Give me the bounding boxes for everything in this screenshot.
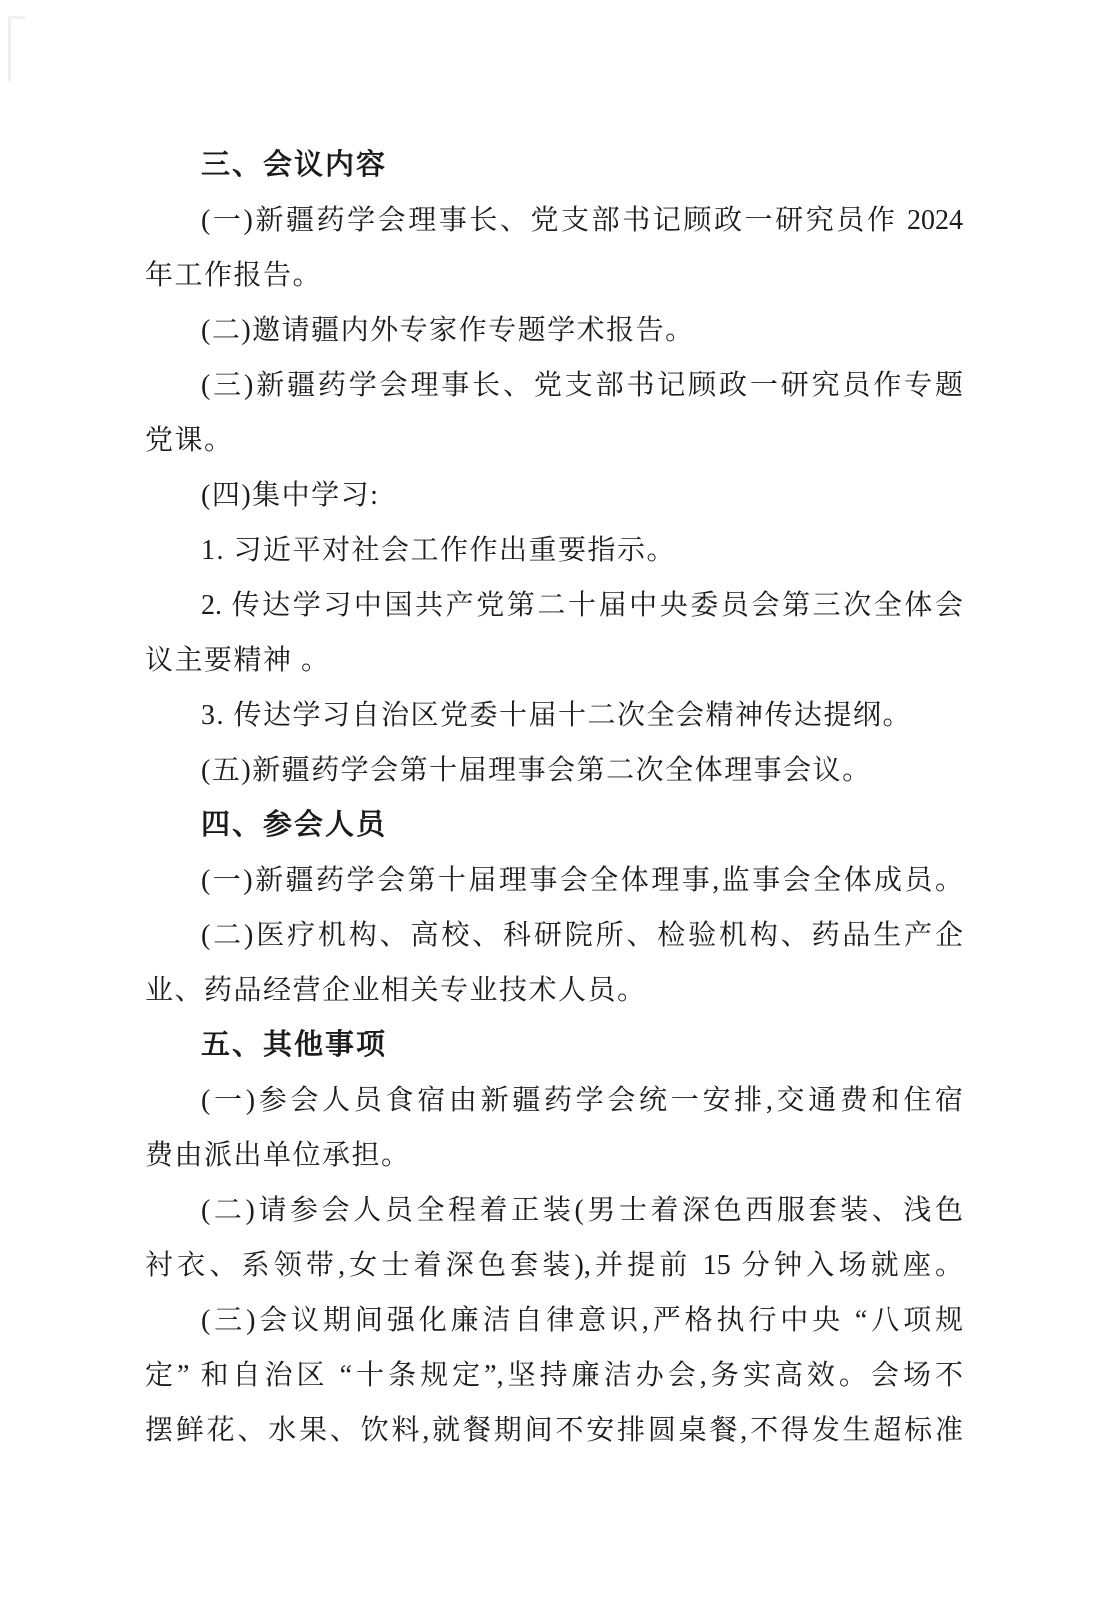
paragraph-line: (二)邀请疆内外专家作专题学术报告。 [145, 303, 963, 358]
scan-artifact [8, 16, 25, 81]
paragraph-line: (一)参会人员食宿由新疆药学会统一安排,交通费和住宿 [145, 1073, 963, 1128]
paragraph-line: 定” 和自治区 “十条规定”,坚持廉洁办会,务实高效。会场不 [145, 1348, 963, 1403]
paragraph-line: (五)新疆药学会第十届理事会第二次全体理事会议。 [145, 743, 963, 798]
section-heading: 五、其他事项 [145, 1018, 963, 1073]
paragraph-line: 费由派出单位承担。 [145, 1128, 963, 1183]
paragraph-line: (一)新疆药学会第十届理事会全体理事,监事会全体成员。 [145, 853, 963, 908]
paragraph-line: (一)新疆药学会理事长、党支部书记顾政一研究员作 2024 [145, 193, 963, 248]
paragraph-line: 摆鲜花、水果、饮料,就餐期间不安排圆桌餐,不得发生超标准 [145, 1403, 963, 1458]
paragraph-line: (三)新疆药学会理事长、党支部书记顾政一研究员作专题 [145, 358, 963, 413]
paragraph-line: (三)会议期间强化廉洁自律意识,严格执行中央 “八项规 [145, 1293, 963, 1348]
paragraph-line: (二)请参会人员全程着正装(男士着深色西服套装、浅色 [145, 1183, 963, 1238]
section-heading: 三、会议内容 [145, 138, 963, 193]
paragraph-line: (四)集中学习: [145, 468, 963, 523]
section-heading: 四、参会人员 [145, 798, 963, 853]
list-item-line: 1. 习近平对社会工作作出重要指示。 [145, 523, 963, 578]
document-page: 三、会议内容 (一)新疆药学会理事长、党支部书记顾政一研究员作 2024 年工作… [0, 0, 1093, 1600]
paragraph-line: (二)医疗机构、高校、科研院所、检验机构、药品生产企 [145, 908, 963, 963]
paragraph-line: 议主要精神 。 [145, 633, 963, 688]
paragraph-line: 党课。 [145, 413, 963, 468]
paragraph-line: 衬衣、系领带,女士着深色套装),并提前 15 分钟入场就座。 [145, 1238, 963, 1293]
document-body: 三、会议内容 (一)新疆药学会理事长、党支部书记顾政一研究员作 2024 年工作… [145, 138, 963, 1458]
paragraph-line: 年工作报告。 [145, 248, 963, 303]
list-item-line: 3. 传达学习自治区党委十届十二次全会精神传达提纲。 [145, 688, 963, 743]
paragraph-line: 业、药品经营企业相关专业技术人员。 [145, 963, 963, 1018]
list-item-line: 2. 传达学习中国共产党第二十届中央委员会第三次全体会 [145, 578, 963, 633]
